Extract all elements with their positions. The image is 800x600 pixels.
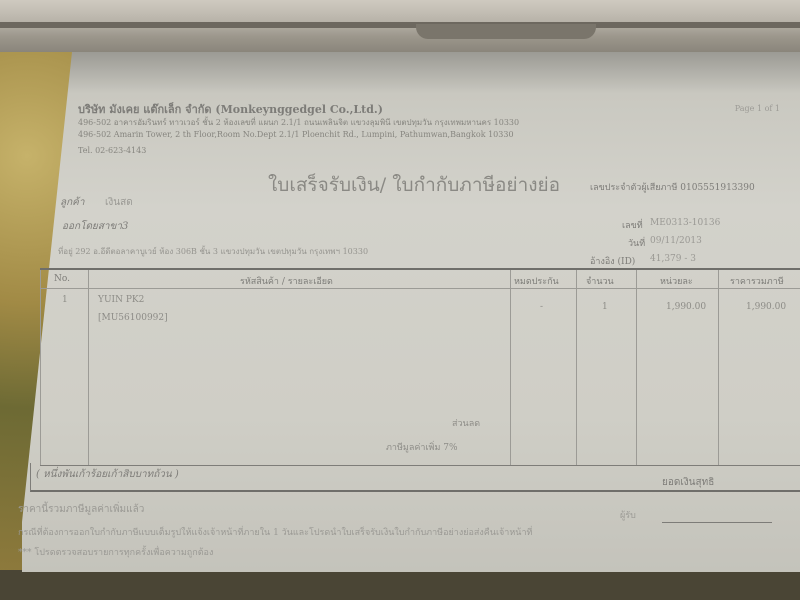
table-surface <box>0 570 800 600</box>
company-phone: Tel. 02-623-4143 <box>78 146 146 155</box>
company-address-english: 496-502 Amarin Tower, 2 th Floor,Room No… <box>78 130 514 139</box>
customer-value: เงินสด <box>105 195 133 210</box>
col-divider <box>88 270 89 465</box>
receipt-title: ใบเสร็จรับเงิน/ ใบกำกับภาษีอย่างย่อ <box>268 170 560 200</box>
issued-by: ออกโดยสาขา3 <box>62 219 128 234</box>
col-divider <box>576 270 577 465</box>
header-warranty: หมดประกัน <box>514 274 559 288</box>
col-divider <box>510 270 511 465</box>
header-unit-price: หน่วยละ <box>660 274 693 288</box>
col-divider <box>718 270 719 465</box>
row-unit-price: 1,990.00 <box>666 302 706 312</box>
row-total: 1,990.00 <box>746 302 786 312</box>
reference-value: 41,379 - 3 <box>650 254 696 264</box>
signature-label: ผู้รับ <box>620 508 636 522</box>
col-divider <box>40 270 41 465</box>
tax-id: เลขประจำตัวผู้เสียภาษี 0105551913390 <box>590 180 755 194</box>
header-divider <box>40 288 800 289</box>
col-divider <box>636 270 637 465</box>
reference-label: อ้างอิง (ID) <box>590 254 635 268</box>
row-item-code: [MU56100992] <box>98 313 168 323</box>
net-total-label: ยอดเงินสุทธิ <box>662 475 714 490</box>
header-qty: จำนวน <box>586 274 614 288</box>
laptop-notch <box>416 24 596 39</box>
discount-label: ส่วนลด <box>452 416 480 430</box>
header-total: ราคารวมภาษี <box>730 274 784 288</box>
row-no: 1 <box>62 295 68 305</box>
date-value: 09/11/2013 <box>650 236 702 246</box>
header-item: รหัสสินค้า / รายละเอียด <box>240 274 333 288</box>
full-invoice-note: กรณีที่ต้องการออกใบกำกับภาษีแบบเต็มรูปให… <box>18 525 532 539</box>
doc-number-value: ME0313-10136 <box>650 218 720 228</box>
items-table: No. รหัสสินค้า / รายละเอียด หมดประกัน จำ… <box>40 268 800 466</box>
check-note: *** โปรดตรวจสอบรายการทุกครั้งเพื่อความถู… <box>18 545 213 559</box>
laptop-lid <box>0 0 800 54</box>
row-warranty: - <box>540 302 543 312</box>
page-number: Page 1 of 1 <box>735 104 780 113</box>
tax-id-value: 0105551913390 <box>680 183 754 193</box>
doc-number-label: เลขที่ <box>622 218 643 232</box>
tax-id-label: เลขประจำตัวผู้เสียภาษี <box>590 183 677 193</box>
header-no: No. <box>54 274 70 284</box>
vat-label: ภาษีมูลค่าเพิ่ม 7% <box>386 440 458 454</box>
row-item-name: YUIN PK2 <box>98 295 144 305</box>
laptop-edge <box>0 22 800 28</box>
customer-label: ลูกค้า <box>60 195 85 210</box>
amount-in-words: ( หนึ่งพันเก้าร้อยเก้าสิบบาทถ้วน ) <box>36 467 179 482</box>
vat-included-note: ราคานี้รวมภาษีมูลค่าเพิ่มแล้ว <box>18 502 144 517</box>
row-qty: 1 <box>602 302 608 312</box>
company-address-thai: 496-502 อาคารอัมรินทร์ ทาวเวอร์ ชั้น 2 ห… <box>78 116 519 129</box>
customer-address: ที่อยู่ 292 อ.อีดีตอลาคาบูเวย์ ห้อง 306B… <box>58 245 368 258</box>
date-label: วันที่ <box>628 236 645 250</box>
signature-line <box>662 522 772 523</box>
